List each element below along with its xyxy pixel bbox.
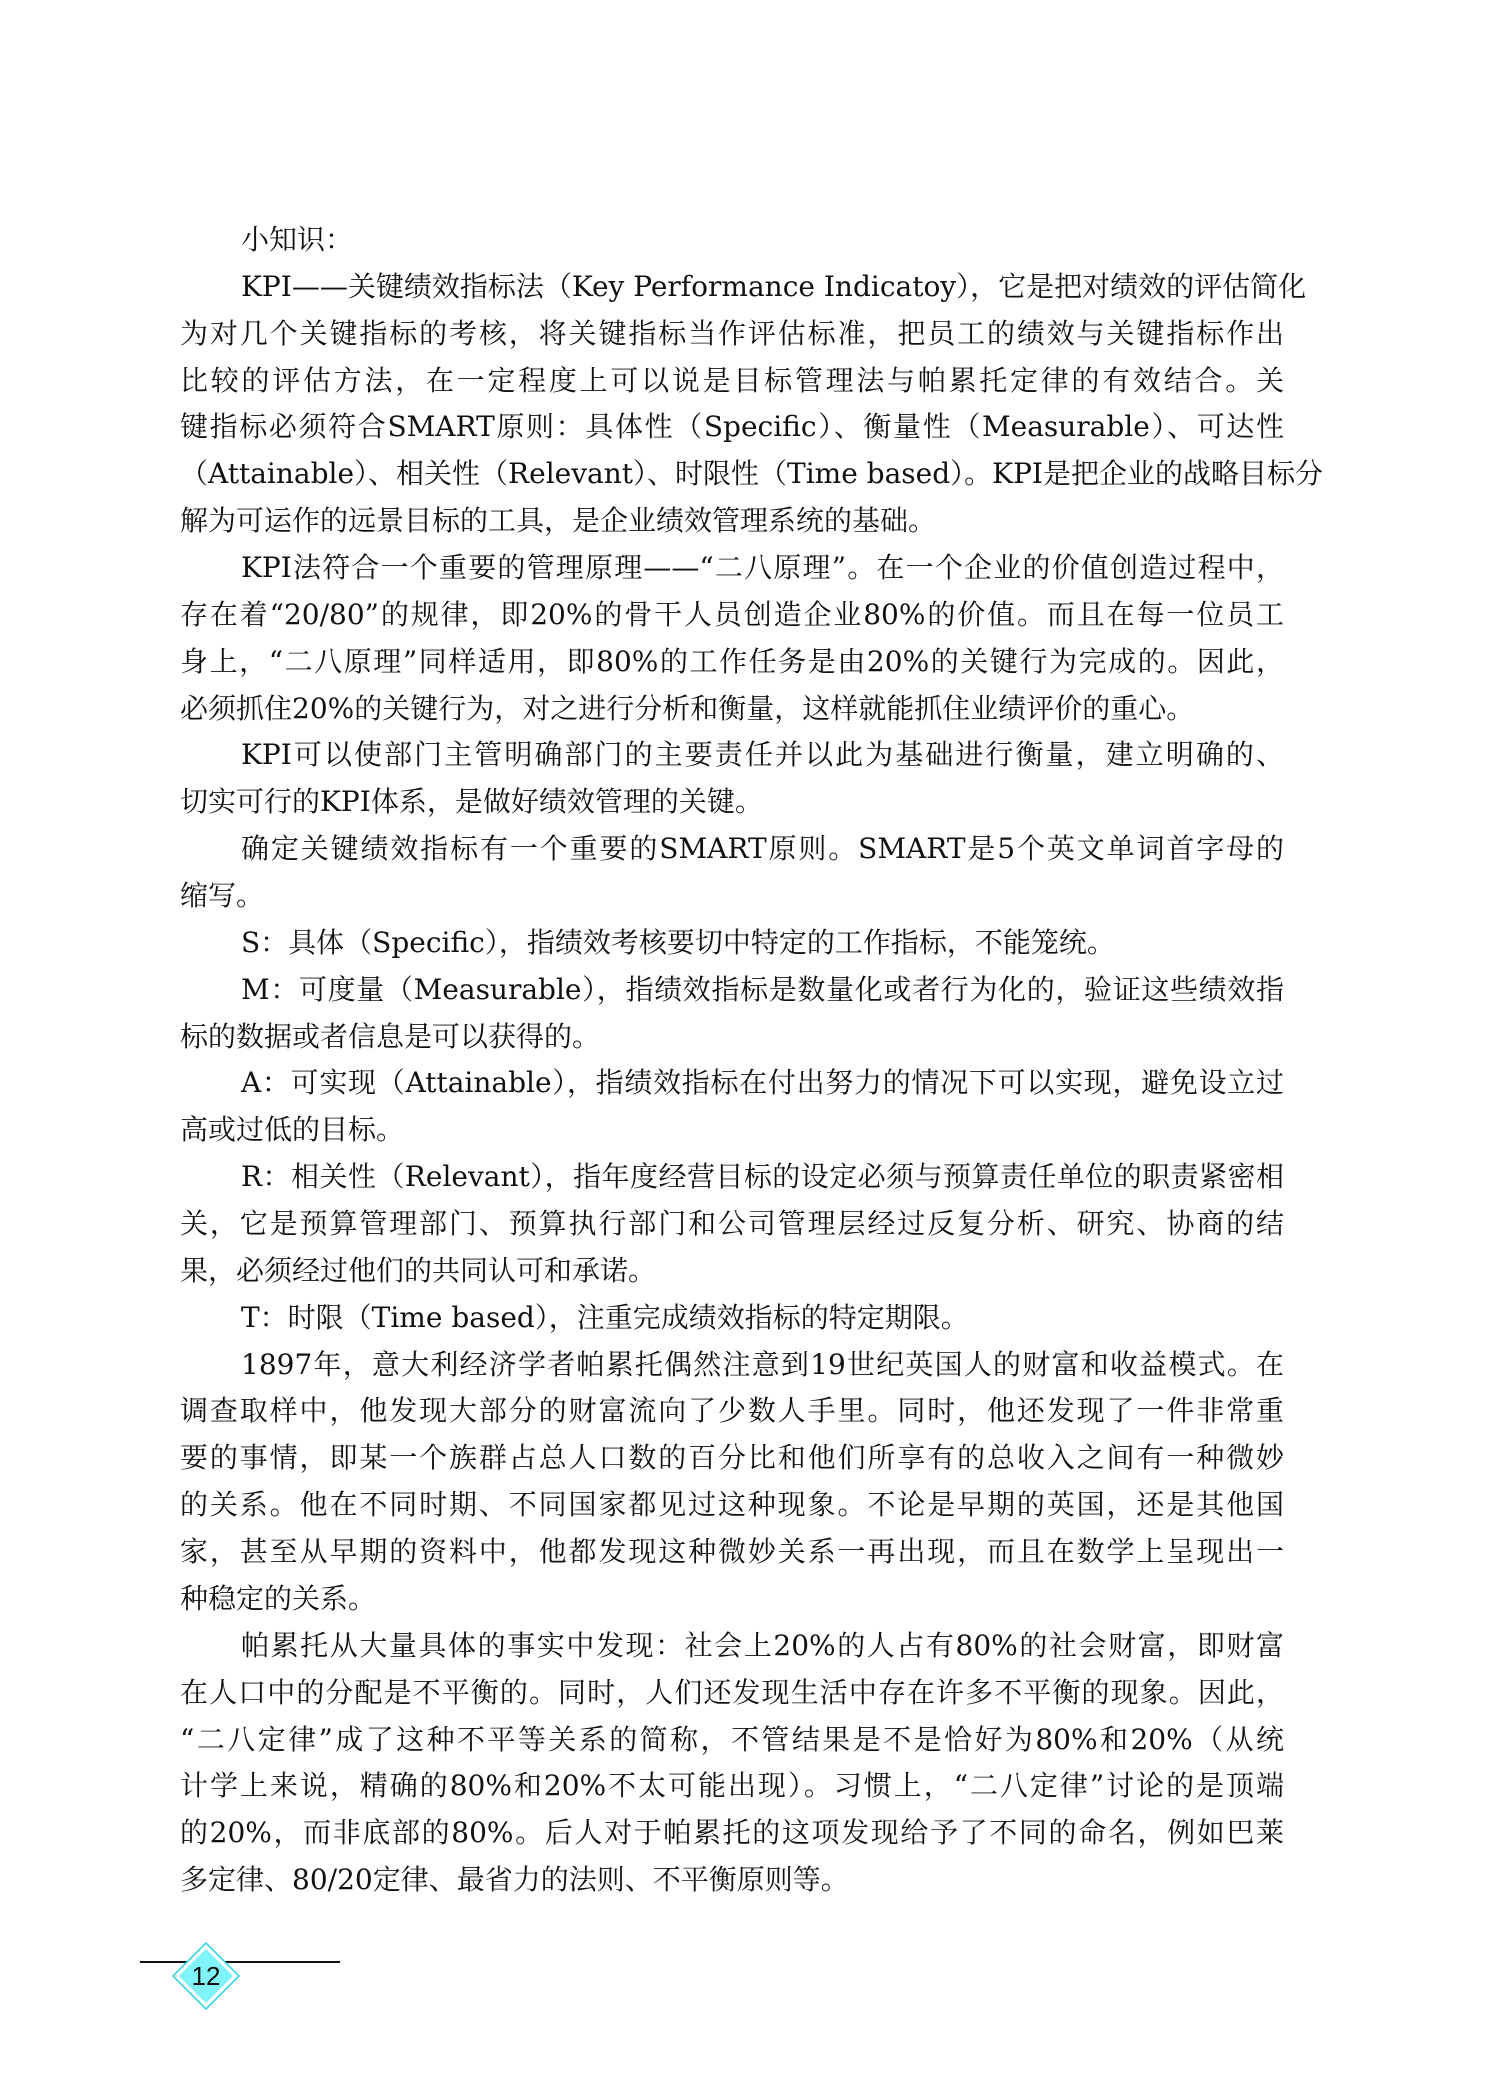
- smart-t-paragraph: T：时限（Time based），注重完成绩效指标的特定期限。: [180, 1295, 1284, 1342]
- smart-s-paragraph: S：具体（Specific），指绩效考核要切中特定的工作指标，不能笼统。: [180, 920, 1284, 967]
- text-line: 计学上来说，精确的80%和20%不太可能出现）。习惯上，“二八定律”讨论的是顶端: [180, 1763, 1284, 1810]
- smart-m-paragraph: M：可度量（Measurable），指绩效指标是数量化或者行为化的，验证这些绩效…: [180, 967, 1284, 1061]
- text-line: 关，它是预算管理部门、预算执行部门和公司管理层经过反复分析、研究、协商的结: [180, 1201, 1284, 1248]
- text-line: 调查取样中，他发现大部分的财富流向了少数人手里。同时，他还发现了一件非常重: [180, 1388, 1284, 1435]
- smart-a-paragraph: A：可实现（Attainable），指绩效指标在付出努力的情况下可以实现，避免设…: [180, 1060, 1284, 1154]
- text-line: T：时限（Time based），注重完成绩效指标的特定期限。: [180, 1295, 1284, 1342]
- text-line: 帕累托从大量具体的事实中发现：社会上20%的人占有80%的社会财富，即财富: [180, 1623, 1284, 1670]
- text-line: 要的事情，即某一个族群占总人口数的百分比和他们所享有的总收入之间有一种微妙: [180, 1435, 1284, 1482]
- text-line: A：可实现（Attainable），指绩效指标在付出努力的情况下可以实现，避免设…: [180, 1060, 1284, 1107]
- text-line: 比较的评估方法，在一定程度上可以说是目标管理法与帕累托定律的有效结合。关: [180, 358, 1284, 405]
- text-line: 确定关键绩效指标有一个重要的SMART原则。SMART是5个英文单词首字母的: [180, 826, 1284, 873]
- text-line: 果，必须经过他们的共同认可和承诺。: [180, 1248, 1284, 1295]
- heading-line: 小知识：: [180, 217, 1284, 264]
- text-line: S：具体（Specific），指绩效考核要切中特定的工作指标，不能笼统。: [180, 920, 1284, 967]
- text-line: 存在着“20/80”的规律，即20%的骨干人员创造企业80%的价值。而且在每一位…: [180, 592, 1284, 639]
- text-line: 高或过低的目标。: [180, 1107, 1284, 1154]
- text-line: 身上，“二八原理”同样适用，即80%的工作任务是由20%的关键行为完成的。因此，: [180, 639, 1284, 686]
- document-page: 小知识： KPI——关键绩效指标法（Key Performance Indica…: [0, 0, 1504, 2095]
- footer-rule: [140, 1961, 340, 1963]
- page-number-badge: 12: [172, 1942, 240, 2010]
- text-line: 种稳定的关系。: [180, 1576, 1284, 1623]
- text-line: 为对几个关键指标的考核，将关键指标当作评估标准，把员工的绩效与关键指标作出: [180, 311, 1284, 358]
- smart-r-paragraph: R：相关性（Relevant），指年度经营目标的设定必须与预算责任单位的职责紧密…: [180, 1154, 1284, 1295]
- text-line: 标的数据或者信息是可以获得的。: [180, 1014, 1284, 1061]
- body-text: 小知识： KPI——关键绩效指标法（Key Performance Indica…: [180, 217, 1284, 1904]
- text-line: 多定律、80/20定律、最省力的法则、不平衡原则等。: [180, 1857, 1284, 1904]
- heading-paragraph: 小知识：: [180, 217, 1284, 264]
- text-line: M：可度量（Measurable），指绩效指标是数量化或者行为化的，验证这些绩效…: [180, 967, 1284, 1014]
- kpi-definition-paragraph: KPI——关键绩效指标法（Key Performance Indicatoy），…: [180, 264, 1284, 545]
- text-line: 的关系。他在不同时期、不同国家都见过这种现象。不论是早期的英国，还是其他国: [180, 1482, 1284, 1529]
- pareto-history-paragraph: 1897年，意大利经济学者帕累托偶然注意到19世纪英国人的财富和收益模式。在 调…: [180, 1342, 1284, 1623]
- text-line: 的20%，而非底部的80%。后人对于帕累托的这项发现给予了不同的命名，例如巴莱: [180, 1810, 1284, 1857]
- smart-intro-paragraph: 确定关键绩效指标有一个重要的SMART原则。SMART是5个英文单词首字母的 缩…: [180, 826, 1284, 920]
- pareto-finding-paragraph: 帕累托从大量具体的事实中发现：社会上20%的人占有80%的社会财富，即财富 在人…: [180, 1623, 1284, 1904]
- text-line: KPI——关键绩效指标法（Key Performance Indicatoy），…: [180, 264, 1284, 311]
- text-line: 解为可运作的远景目标的工具，是企业绩效管理系统的基础。: [180, 498, 1284, 545]
- text-line: KPI可以使部门主管明确部门的主要责任并以此为基础进行衡量，建立明确的、: [180, 732, 1284, 779]
- text-line: 键指标必须符合SMART原则：具体性（Specific）、衡量性（Measura…: [180, 404, 1284, 451]
- kpi-system-paragraph: KPI可以使部门主管明确部门的主要责任并以此为基础进行衡量，建立明确的、 切实可…: [180, 732, 1284, 826]
- text-line: 1897年，意大利经济学者帕累托偶然注意到19世纪英国人的财富和收益模式。在: [180, 1342, 1284, 1389]
- text-line: （Attainable）、相关性（Relevant）、时限性（Time base…: [180, 451, 1284, 498]
- text-line: KPI法符合一个重要的管理原理——“二八原理”。在一个企业的价值创造过程中，: [180, 545, 1284, 592]
- text-line: 家，甚至从早期的资料中，他都发现这种微妙关系一再出现，而且在数学上呈现出一: [180, 1529, 1284, 1576]
- text-line: 在人口中的分配是不平衡的。同时，人们还发现生活中存在许多不平衡的现象。因此，: [180, 1670, 1284, 1717]
- page-number: 12: [172, 1942, 240, 2010]
- text-line: 必须抓住20%的关键行为，对之进行分析和衡量，这样就能抓住业绩评价的重心。: [180, 686, 1284, 733]
- text-line: R：相关性（Relevant），指年度经营目标的设定必须与预算责任单位的职责紧密…: [180, 1154, 1284, 1201]
- text-line: 切实可行的KPI体系，是做好绩效管理的关键。: [180, 779, 1284, 826]
- text-line: 缩写。: [180, 873, 1284, 920]
- text-line: “二八定律”成了这种不平等关系的简称，不管结果是不是恰好为80%和20%（从统: [180, 1717, 1284, 1764]
- kpi-pareto-paragraph: KPI法符合一个重要的管理原理——“二八原理”。在一个企业的价值创造过程中， 存…: [180, 545, 1284, 732]
